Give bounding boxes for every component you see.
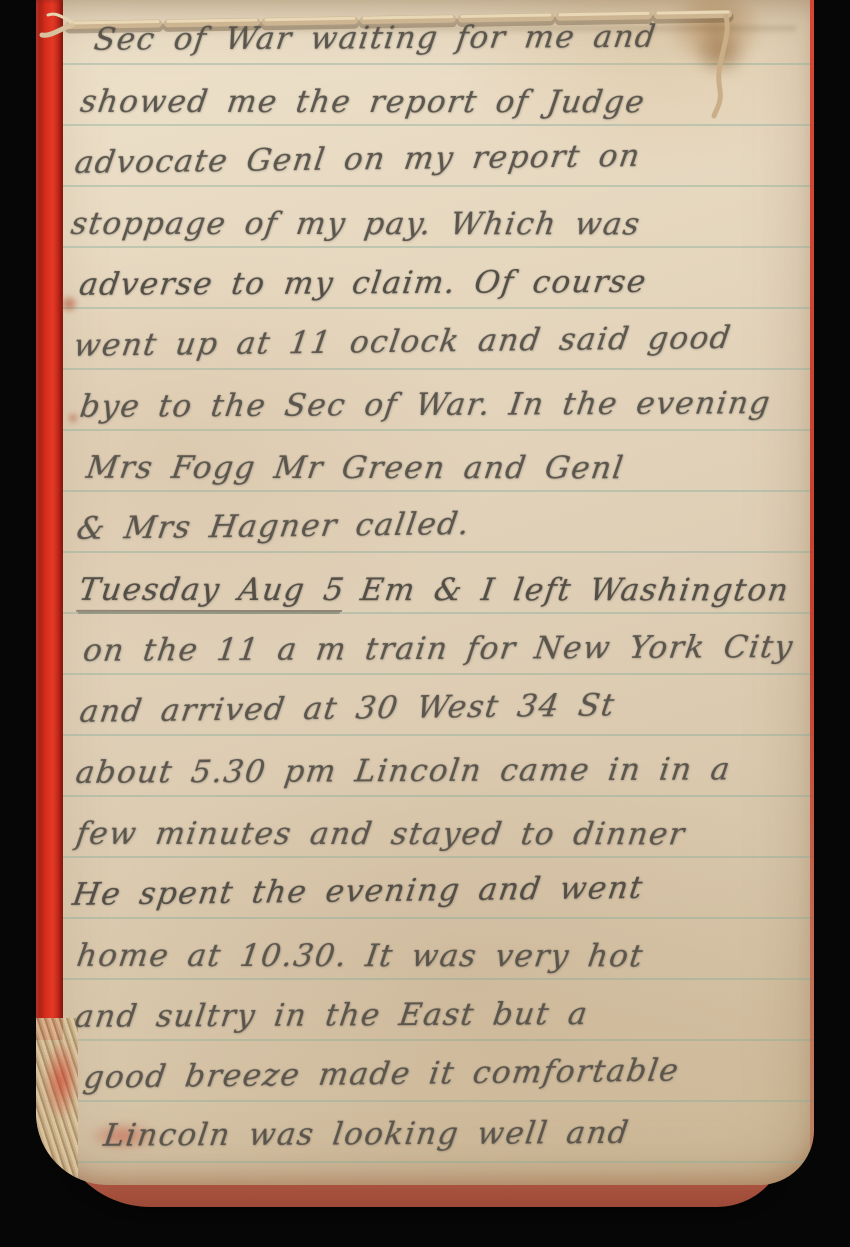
handwritten-line: advocate Genl on my report on <box>72 136 644 185</box>
handwritten-line: Sec of War waiting for me and <box>91 17 659 62</box>
handwritten-line: about 5.30 pm Lincoln came in in a <box>73 749 734 794</box>
handwritten-line: adverse to my claim. Of course <box>76 262 649 307</box>
handwritten-line: on the 11 a m train for New York City <box>80 627 796 673</box>
entry-opening-text: Em & I left Washington <box>358 572 792 608</box>
handwritten-line: bye to the Sec of War. In the evening <box>77 383 773 428</box>
handwritten-line: & Mrs Hagner called. <box>74 504 473 551</box>
entry-date: Tuesday Aug 5 <box>76 572 347 612</box>
handwritten-line: Lincoln was looking well and <box>101 1113 632 1158</box>
handwritten-line: stoppage of my pay. Which was <box>68 204 643 246</box>
photo-background: Sec of War waiting for me and showed me … <box>0 0 850 1247</box>
handwritten-line: and sultry in the East but a <box>72 994 591 1039</box>
handwritten-line: He spent the evening and went <box>70 868 647 917</box>
handwritten-line: went up at 11 oclock and said good <box>71 318 734 368</box>
handwritten-line: few minutes and stayed to dinner <box>73 814 688 856</box>
handwritten-line: Mrs Fogg Mr Green and Genl <box>83 448 626 490</box>
handwriting: Sec of War waiting for me and showed me … <box>36 0 814 1185</box>
handwritten-line: and arrived at 30 West 34 St <box>77 685 618 733</box>
notebook-page: Sec of War waiting for me and showed me … <box>36 0 814 1185</box>
handwritten-line: showed me the report of Judge <box>78 82 648 124</box>
handwritten-line: good breeze made it comfortable <box>81 1051 683 1100</box>
handwritten-line-date: Tuesday Aug 5Em & I left Washington <box>76 570 792 612</box>
handwritten-line: home at 10.30. It was very hot <box>74 936 646 978</box>
